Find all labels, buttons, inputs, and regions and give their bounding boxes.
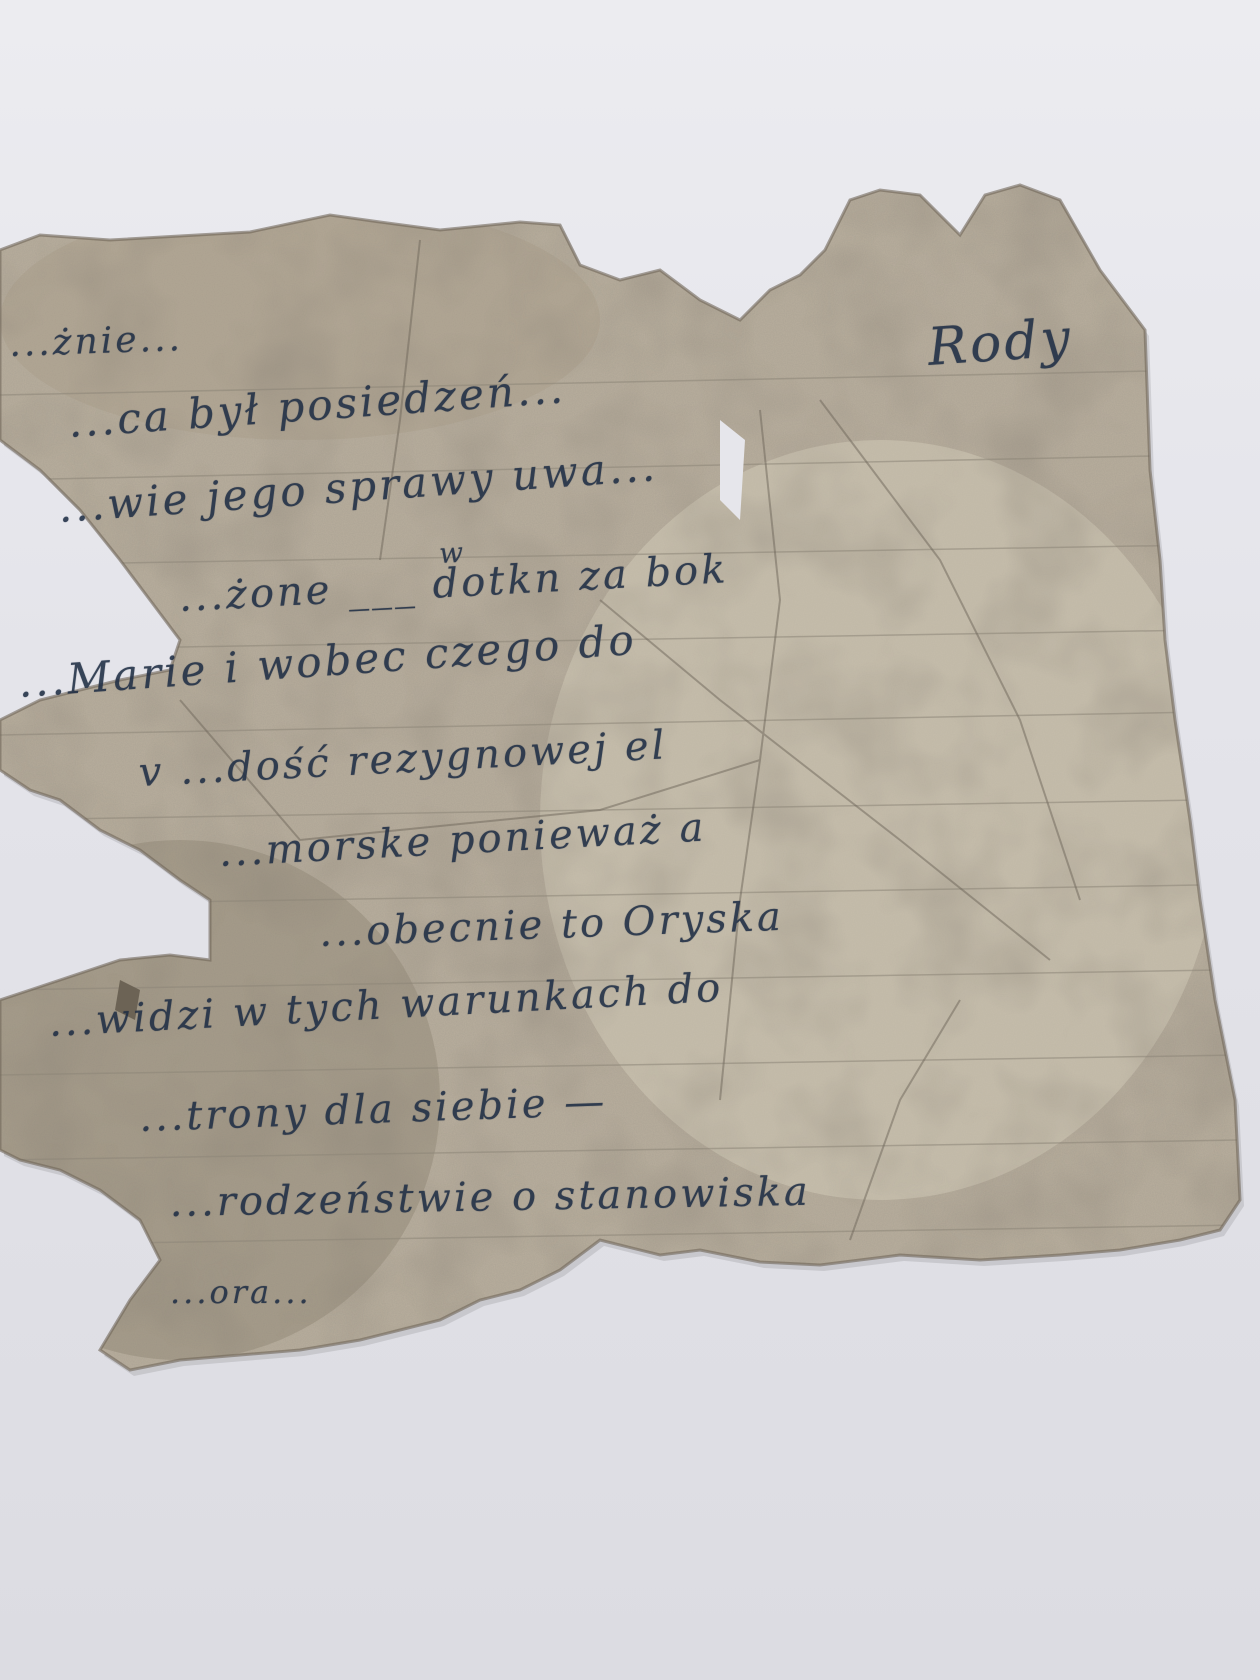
handwritten-line: ...żnie... xyxy=(9,318,184,365)
handwritten-line: ...ora... xyxy=(170,1273,312,1311)
photograph: ...żnie...Rody...ca był posiedzeń......w… xyxy=(0,0,1260,1680)
handwritten-line: Rody xyxy=(926,308,1075,378)
